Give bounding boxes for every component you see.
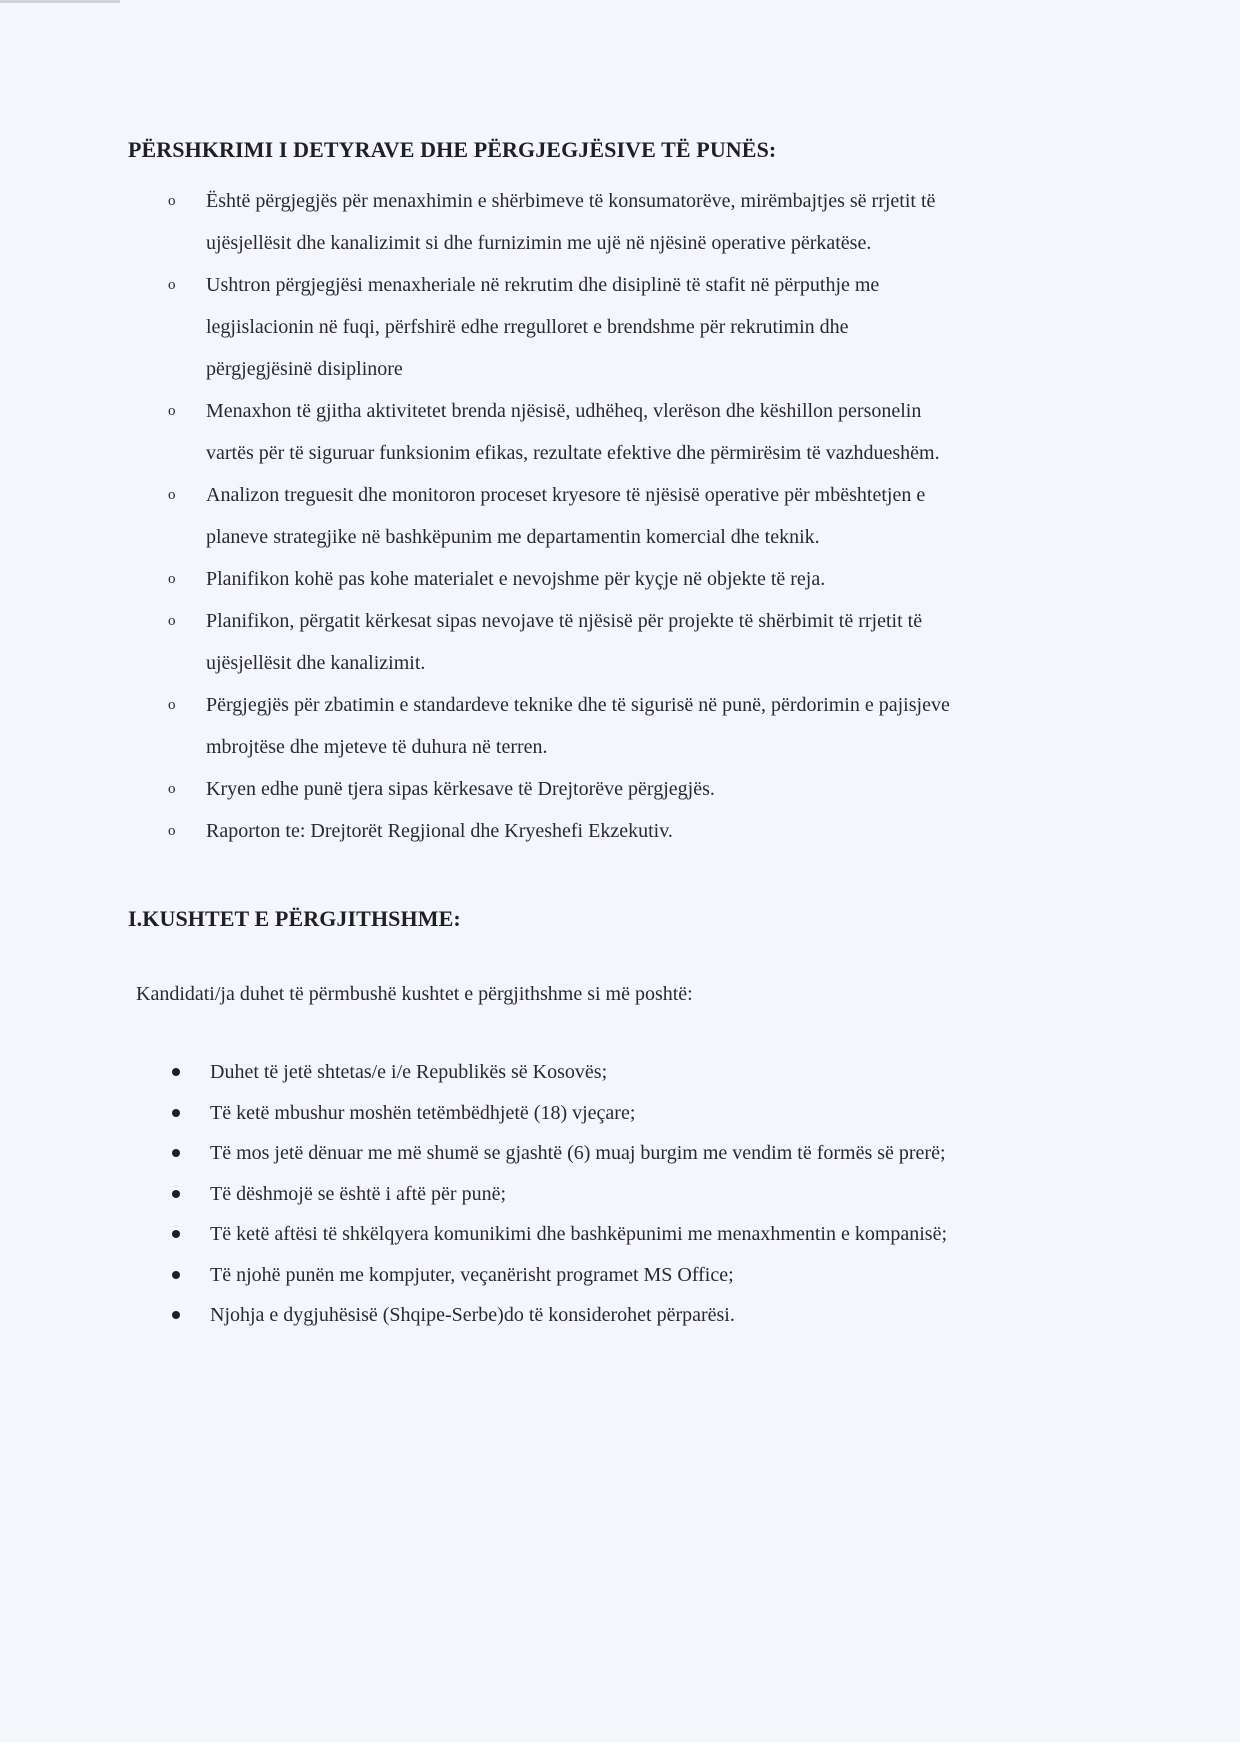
duty-item-5: o Planifikon kohë pas kohe materialet e … xyxy=(168,558,1108,600)
duty-text-line: Është përgjegjës për menaxhimin e shërbi… xyxy=(206,180,1108,222)
duty-item-7: o Përgjegjës për zbatimin e standardeve … xyxy=(168,684,1108,768)
duty-text-line: legjislacionin në fuqi, përfshirë edhe r… xyxy=(206,306,1108,348)
duty-text-line: Raporton te: Drejtorët Regjional dhe Kry… xyxy=(206,810,1108,852)
condition-text: Të dëshmojë se është i aftë për punë; xyxy=(210,1183,506,1205)
filled-dot-bullet-icon xyxy=(172,1271,180,1279)
hollow-circle-bullet-icon: o xyxy=(168,264,176,306)
hollow-circle-bullet-icon: o xyxy=(168,390,176,432)
condition-text: Të njohë punën me kompjuter, veçanërisht… xyxy=(210,1264,734,1286)
hollow-circle-bullet-icon: o xyxy=(168,810,176,852)
duty-text-line: Planifikon, përgatit kërkesat sipas nevo… xyxy=(206,600,1108,642)
duty-text-line: ujësjellësit dhe kanalizimit. xyxy=(206,642,1108,684)
duty-text-line: Kryen edhe punë tjera sipas kërkesave të… xyxy=(206,768,1108,810)
condition-item-7: Njohja e dygjuhësisë (Shqipe-Serbe)do të… xyxy=(172,1295,947,1336)
hollow-circle-bullet-icon: o xyxy=(168,558,176,600)
condition-item-5: Të ketë aftësi të shkëlqyera komunikimi … xyxy=(172,1214,947,1255)
duties-section-title: PËRSHKRIMI I DETYRAVE DHE PËRGJEGJËSIVE … xyxy=(128,137,776,163)
condition-item-1: Duhet të jetë shtetas/e i/e Republikës s… xyxy=(172,1052,947,1093)
condition-text: Njohja e dygjuhësisë (Shqipe-Serbe)do të… xyxy=(210,1304,735,1326)
condition-item-4: Të dëshmojë se është i aftë për punë; xyxy=(172,1174,947,1215)
hollow-circle-bullet-icon: o xyxy=(168,180,176,222)
duty-text-line: mbrojtëse dhe mjeteve të duhura në terre… xyxy=(206,726,1108,768)
duty-text-line: Analizon treguesit dhe monitoron procese… xyxy=(206,474,1108,516)
condition-item-6: Të njohë punën me kompjuter, veçanërisht… xyxy=(172,1255,947,1296)
hollow-circle-bullet-icon: o xyxy=(168,768,176,810)
conditions-section-title: I.KUSHTET E PËRGJITHSHME: xyxy=(128,906,461,932)
duty-item-4: o Analizon treguesit dhe monitoron proce… xyxy=(168,474,1108,558)
duty-text-line: Menaxhon të gjitha aktivitetet brenda nj… xyxy=(206,390,1108,432)
condition-text: Duhet të jetë shtetas/e i/e Republikës s… xyxy=(210,1061,607,1083)
duty-text-line: Ushtron përgjegjësi menaxheriale në rekr… xyxy=(206,264,1108,306)
conditions-list: Duhet të jetë shtetas/e i/e Republikës s… xyxy=(172,1052,947,1336)
duties-list: o Është përgjegjës për menaxhimin e shër… xyxy=(168,180,1108,852)
duty-item-3: o Menaxhon të gjitha aktivitetet brenda … xyxy=(168,390,1108,474)
duty-text-line: ujësjellësit dhe kanalizimit si dhe furn… xyxy=(206,222,1108,264)
condition-text: Të ketë aftësi të shkëlqyera komunikimi … xyxy=(210,1223,947,1245)
hollow-circle-bullet-icon: o xyxy=(168,600,176,642)
conditions-intro: Kandidati/ja duhet të përmbushë kushtet … xyxy=(136,980,693,1008)
condition-text: Të ketë mbushur moshën tetëmbëdhjetë (18… xyxy=(210,1102,635,1124)
duty-text-line: Planifikon kohë pas kohe materialet e ne… xyxy=(206,558,1108,600)
duty-item-2: o Ushtron përgjegjësi menaxheriale në re… xyxy=(168,264,1108,390)
filled-dot-bullet-icon xyxy=(172,1149,180,1157)
duty-item-9: o Raporton te: Drejtorët Regjional dhe K… xyxy=(168,810,1108,852)
duty-text-line: përgjegjësinë disiplinore xyxy=(206,348,1108,390)
hollow-circle-bullet-icon: o xyxy=(168,474,176,516)
hollow-circle-bullet-icon: o xyxy=(168,684,176,726)
document-page: PËRSHKRIMI I DETYRAVE DHE PËRGJEGJËSIVE … xyxy=(0,0,1240,1742)
filled-dot-bullet-icon xyxy=(172,1230,180,1238)
filled-dot-bullet-icon xyxy=(172,1190,180,1198)
scan-bottom-edge xyxy=(0,1742,1240,1756)
duty-item-6: o Planifikon, përgatit kërkesat sipas ne… xyxy=(168,600,1108,684)
duty-item-1: o Është përgjegjës për menaxhimin e shër… xyxy=(168,180,1108,264)
condition-item-2: Të ketë mbushur moshën tetëmbëdhjetë (18… xyxy=(172,1093,947,1134)
filled-dot-bullet-icon xyxy=(172,1068,180,1076)
condition-item-3: Të mos jetë dënuar me më shumë se gjasht… xyxy=(172,1133,947,1174)
condition-text: Të mos jetë dënuar me më shumë se gjasht… xyxy=(210,1142,946,1164)
duty-text-line: planeve strategjike në bashkëpunim me de… xyxy=(206,516,1108,558)
filled-dot-bullet-icon xyxy=(172,1311,180,1319)
duty-text-line: Përgjegjës për zbatimin e standardeve te… xyxy=(206,684,1108,726)
duty-text-line: vartës për të siguruar funksionim efikas… xyxy=(206,432,1108,474)
duty-item-8: o Kryen edhe punë tjera sipas kërkesave … xyxy=(168,768,1108,810)
filled-dot-bullet-icon xyxy=(172,1109,180,1117)
